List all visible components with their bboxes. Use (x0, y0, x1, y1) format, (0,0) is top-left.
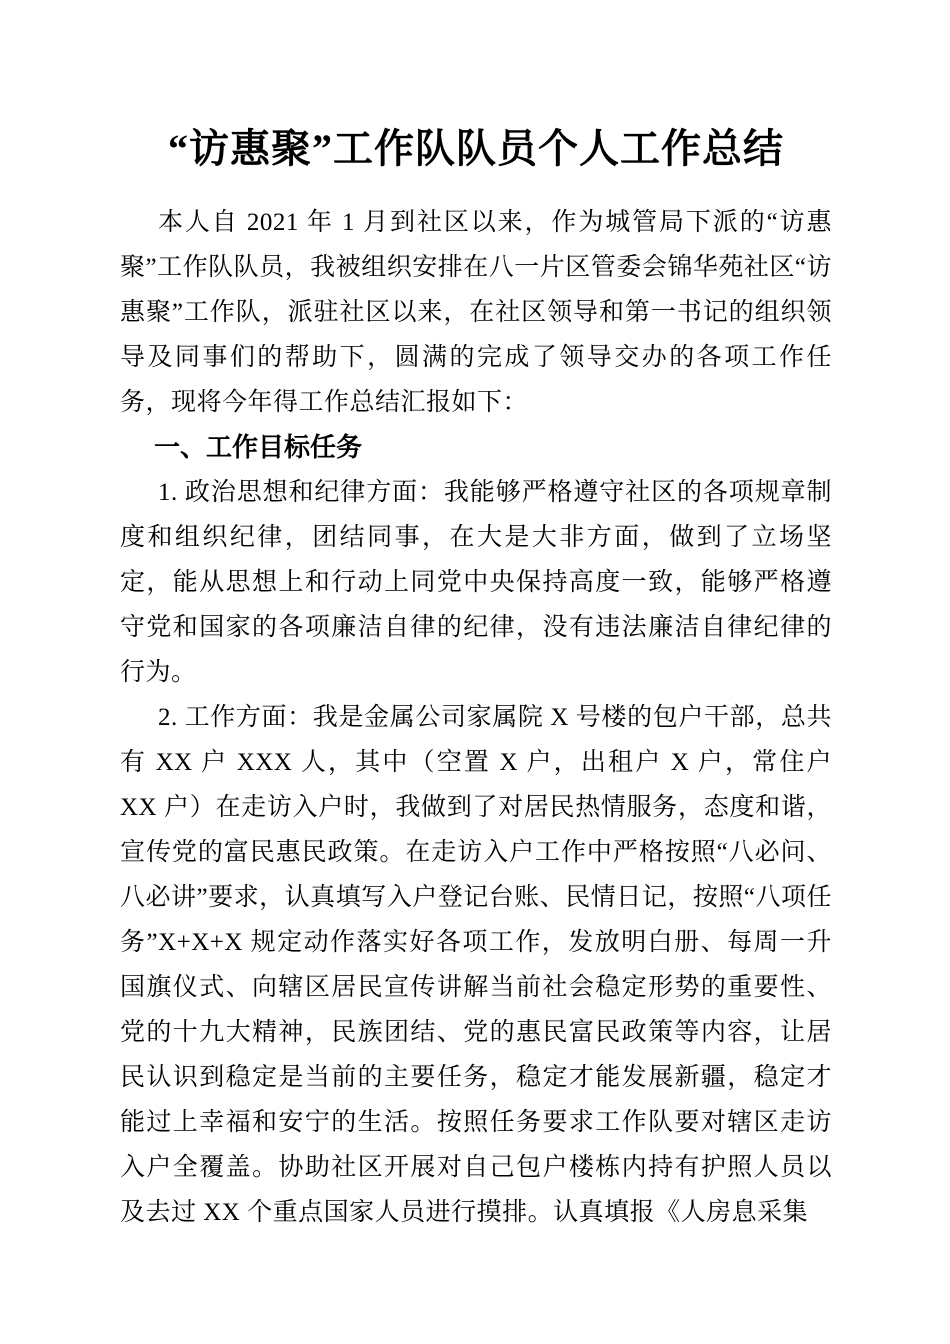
intro-paragraph: 本人自 2021 年 1 月到社区以来，作为城管局下派的“访惠聚”工作队队员，我… (120, 200, 832, 425)
section-1-heading: 一、工作目标任务 (120, 425, 832, 470)
document-page: “访惠聚”工作队队员个人工作总结 本人自 2021 年 1 月到社区以来，作为城… (0, 0, 950, 1344)
section-1-item-2: 2. 工作方面：我是金属公司家属院 X 号楼的包户干部，总共有 XX 户 XXX… (120, 695, 832, 1235)
section-1-item-1: 1. 政治思想和纪律方面：我能够严格遵守社区的各项规章制度和组织纪律，团结同事，… (120, 470, 832, 695)
document-title: “访惠聚”工作队队员个人工作总结 (120, 122, 832, 176)
